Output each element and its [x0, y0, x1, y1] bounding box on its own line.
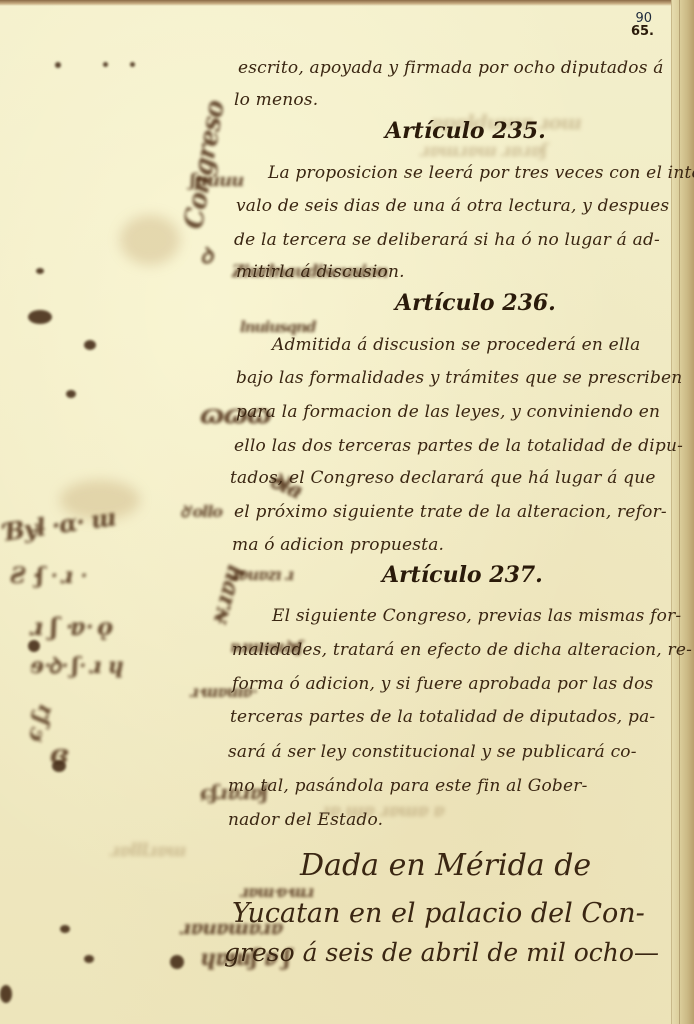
ink-blot [28, 310, 52, 324]
text-line: lo menos. [234, 90, 318, 110]
bleed-through-ink: ꝺ [200, 240, 212, 270]
text-line: de la tercera se deliberará si ha ó no l… [234, 230, 660, 250]
article-heading: Artículo 235. [385, 118, 546, 144]
closing-line: Yucatan en el palacio del Con- [232, 898, 645, 929]
text-line: valo de seis dias de una á otra lectura,… [236, 196, 669, 216]
text-line: La proposicion se leerá por tres veces c… [268, 163, 694, 183]
ink-blot [36, 268, 44, 274]
text-line: forma ó adicion, y si fuere aprobada por… [232, 674, 653, 694]
page-binding-edge [671, 0, 694, 1024]
folio-number: 90 65. [618, 12, 654, 38]
text-line: sará á ser ley constitucional y se publi… [228, 742, 637, 762]
ink-blot [52, 760, 66, 772]
bleed-through-ink: Ƨ ⸱ʃ ⸱ ɹ ⸱ [10, 560, 84, 590]
ink-blot [84, 955, 94, 963]
manuscript-page: Congreso ʃuuuu ꝺ Ƶiurlnaudiscusion lnuiu… [0, 0, 694, 1024]
bleed-through-ink: ɕ ʃɹ [20, 701, 57, 745]
ink-blot [60, 925, 70, 933]
bleed-through-ink: ɹ ʃ ⸱ɐ⸱ ǫ [30, 610, 112, 643]
text-line: Admitida á discusion se procederá en ell… [272, 335, 641, 355]
article-heading: Artículo 236. [395, 290, 556, 316]
ink-blot [28, 640, 40, 652]
text-line: ma ó adicion propuesta. [232, 535, 444, 555]
bleed-through-ink: ɘ⸱ꝺ⸱ ʃ⸱ ɹ ɥ [30, 650, 123, 680]
text-line: escrito, apoyada y firmada por ocho dipu… [238, 58, 664, 78]
ink-blot [0, 985, 12, 1003]
bleed-through-ink: ɹɐlllɹɐɯ [110, 840, 185, 861]
bleed-through-ink: Congreso [179, 99, 231, 232]
text-line: mitirla á discusion. [236, 262, 405, 282]
ink-blot [84, 340, 96, 350]
text-line: malidades, tratará en efecto de dicha al… [232, 640, 692, 660]
text-line: nador del Estado. [228, 810, 383, 830]
folio-number-bottom: 65. [618, 25, 654, 38]
text-line: ello las dos terceras partes de la total… [234, 436, 683, 456]
text-line: bajo las formalidades y trámites que se … [236, 368, 682, 388]
page-binding-line [679, 0, 680, 1024]
text-line: El siguiente Congreso, previas las misma… [272, 606, 681, 626]
bleed-through-ink: ɴ̶ɹɐɥ [203, 562, 246, 627]
water-stain [120, 215, 180, 265]
page-top-edge [0, 0, 694, 6]
ink-blot [66, 390, 76, 398]
text-line: mo tal, pasándola para este fin al Gober… [228, 776, 588, 796]
bleed-through-ink: ʃuuuu [190, 170, 243, 191]
bleed-through-ink: lnuiusqnd [240, 318, 315, 336]
text-line: tados, el Congreso declarará que há luga… [230, 468, 656, 488]
ink-blot [130, 62, 135, 67]
text-line: para la formacion de las leyes, y convin… [236, 402, 660, 422]
text-line: terceras partes de la totalidad de diput… [230, 707, 655, 727]
ink-blot [170, 955, 184, 969]
ink-blot [103, 62, 108, 67]
bleed-through-ink: ꝺ'ollo [180, 500, 222, 522]
bleed-through-ink: Ɓyl̶ ·ɑ· ɯ [3, 502, 118, 546]
closing-line: greso á seis de abril de mil ocho— [224, 938, 659, 967]
closing-line: Dada en Mérida de [300, 848, 591, 883]
article-heading: Artículo 237. [382, 562, 543, 588]
text-line: el próximo siguiente trate de la alterac… [234, 502, 667, 522]
ink-blot [55, 62, 61, 68]
